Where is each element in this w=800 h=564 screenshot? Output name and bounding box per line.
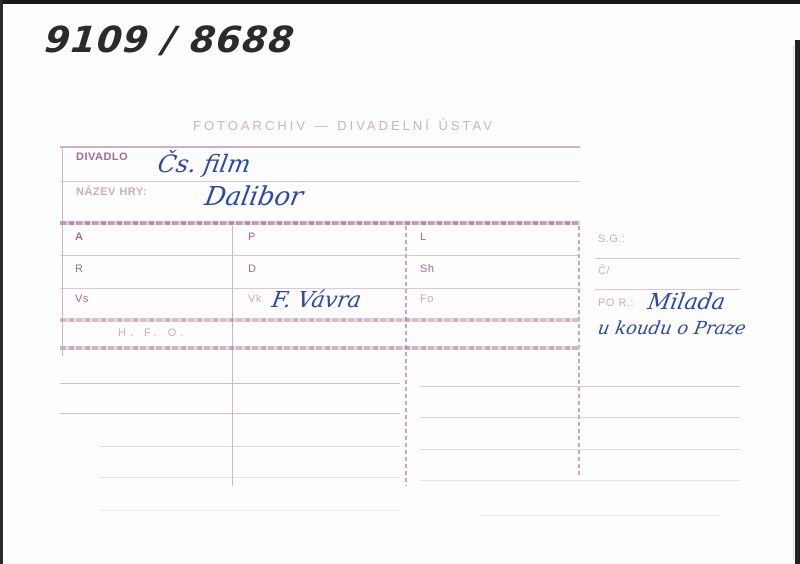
rule-lower-3b xyxy=(420,449,740,450)
col-divider-3 xyxy=(578,226,580,476)
col-divider-1 xyxy=(232,226,233,486)
label-vk: Vk xyxy=(248,293,262,305)
label-po-r: PO R.: xyxy=(598,297,634,309)
rule-lower-5b xyxy=(480,515,720,516)
rule-lower-4b xyxy=(420,480,740,481)
label-r: R xyxy=(75,263,83,275)
rule-lower-1b xyxy=(420,386,740,387)
rule-row-3 xyxy=(60,318,580,322)
rule-lower-2b xyxy=(420,417,740,418)
value-divadlo: Čs. film xyxy=(156,150,253,178)
value-extra-note: u koudu o Praze xyxy=(596,318,747,339)
label-vs: Vs xyxy=(75,293,89,305)
rule-row-4 xyxy=(60,346,580,350)
value-vk: F. Vávra xyxy=(270,288,363,313)
col-divider-2 xyxy=(405,226,407,486)
label-sg: S.G.: xyxy=(598,233,626,245)
rule-divadlo xyxy=(60,181,580,182)
catalog-number: 9109 / 8688 xyxy=(43,20,297,61)
rule-top xyxy=(60,146,580,148)
scan-border-top xyxy=(0,0,800,4)
scan-border-right xyxy=(795,40,800,564)
rule-lower-3a xyxy=(100,446,400,447)
label-divadlo: DIVADLO xyxy=(76,151,128,163)
rule-lower-1a xyxy=(60,383,400,384)
value-nazev-hry: Dalibor xyxy=(202,182,305,212)
rule-lower-4a xyxy=(100,477,400,478)
label-l: L xyxy=(420,231,427,243)
label-d: D xyxy=(248,263,256,275)
label-p: P xyxy=(248,231,256,243)
rule-left xyxy=(62,146,63,356)
rule-row-1-right xyxy=(595,258,740,259)
label-a: A xyxy=(75,231,83,243)
value-po-r: Milada xyxy=(646,290,727,315)
stamp-title: FOTOARCHIV — DIVADELNÍ ÚSTAV xyxy=(193,118,495,133)
card-edge xyxy=(793,45,794,560)
rule-header-bottom xyxy=(60,221,580,225)
small-stamp: H. F. O. xyxy=(118,327,187,339)
rule-lower-5a xyxy=(100,510,400,511)
label-c: Č/ xyxy=(598,265,610,277)
scan-border-left xyxy=(0,0,3,564)
label-fo: Fo xyxy=(420,293,434,305)
rule-lower-2a xyxy=(60,413,400,414)
label-nazev-hry: NÁZEV HRY: xyxy=(76,186,147,198)
label-sh: Sh xyxy=(420,263,434,275)
rule-row-1 xyxy=(60,255,580,256)
